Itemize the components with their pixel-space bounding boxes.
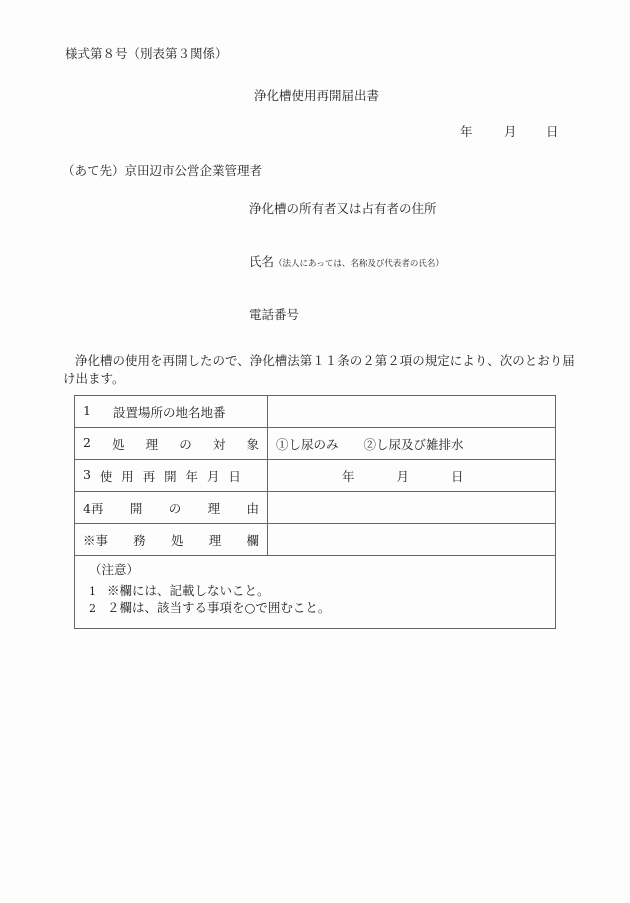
restart-year-label: 年	[342, 467, 355, 485]
note-number: 2	[89, 601, 107, 617]
owner-name-field: 氏名（法人にあっては、名称及び代表者の氏名）	[249, 252, 444, 270]
notes-title: （注意）	[89, 560, 541, 578]
document-title: 浄化槽使用再開届出書	[254, 86, 379, 104]
table-row-location: 1 設置場所の地名地番	[75, 396, 556, 428]
note-text: ２欄は、該当する事項を○で囲むこと。	[107, 600, 330, 615]
location-input[interactable]	[268, 396, 556, 428]
note-text: ※欄には、記載しないこと。	[107, 583, 270, 598]
date-year-label: 年	[460, 122, 500, 140]
submission-date: 年 月 日	[460, 122, 558, 140]
row-label: ※事 務 処 理 欄	[75, 524, 268, 556]
row-label: 1 設置場所の地名地番	[75, 396, 268, 428]
date-month-label: 月	[504, 122, 542, 140]
row-number: ※	[83, 533, 96, 548]
office-use-field	[268, 524, 556, 556]
phone-label: 電話番号	[249, 305, 299, 323]
date-day-label: 日	[546, 122, 559, 140]
notes-cell: （注意） 1※欄には、記載しないこと。 2２欄は、該当する事項を○で囲むこと。	[75, 556, 556, 629]
row-label-text: 設置場所の地名地番	[113, 403, 226, 421]
owner-address-label: 浄化槽の所有者又は占有者の住所	[249, 199, 437, 217]
owner-name-note: （法人にあっては、名称及び代表者の氏名）	[274, 259, 444, 269]
row-number: 4	[83, 501, 91, 516]
table-row-office-use: ※事 務 処 理 欄	[75, 524, 556, 556]
row-label: 4再 開 の 理 由	[75, 492, 268, 524]
row-number: 2	[83, 435, 91, 453]
addressee: （あて先）京田辺市公営企業管理者	[62, 161, 262, 179]
row-label: 2 処 理 の 対 象	[75, 428, 268, 460]
table-row-treatment-target: 2 処 理 の 対 象 ①し尿のみ ②し尿及び雑排水	[75, 428, 556, 460]
form-number: 様式第８号（別表第３関係）	[65, 44, 228, 62]
note-item: 1※欄には、記載しないこと。	[89, 583, 541, 600]
row-number: 1	[83, 403, 103, 421]
declaration-text: 浄化槽の使用を再開したので、浄化槽法第１１条の２第２項の規定により、次のとおり届…	[63, 352, 583, 388]
restart-month-label: 月	[397, 467, 410, 485]
treatment-target-options[interactable]: ①し尿のみ ②し尿及び雑排水	[268, 428, 556, 460]
form-table: 1 設置場所の地名地番 2 処 理 の 対 象 ①し尿のみ ②し尿及び雑排水 3…	[74, 395, 556, 629]
owner-name-label: 氏名	[249, 254, 274, 269]
restart-reason-input[interactable]	[268, 492, 556, 524]
table-row-restart-date: 3 使 用 再 開 年 月 日 年 月 日	[75, 460, 556, 492]
note-item: 2２欄は、該当する事項を○で囲むこと。	[89, 600, 541, 617]
table-row-restart-reason: 4再 開 の 理 由	[75, 492, 556, 524]
row-number: 3	[83, 467, 91, 485]
row-label: 3 使 用 再 開 年 月 日	[75, 460, 268, 492]
restart-date-input[interactable]: 年 月 日	[268, 460, 556, 492]
note-number: 1	[89, 584, 107, 600]
table-row-notes: （注意） 1※欄には、記載しないこと。 2２欄は、該当する事項を○で囲むこと。	[75, 556, 556, 629]
restart-day-label: 日	[451, 467, 464, 485]
